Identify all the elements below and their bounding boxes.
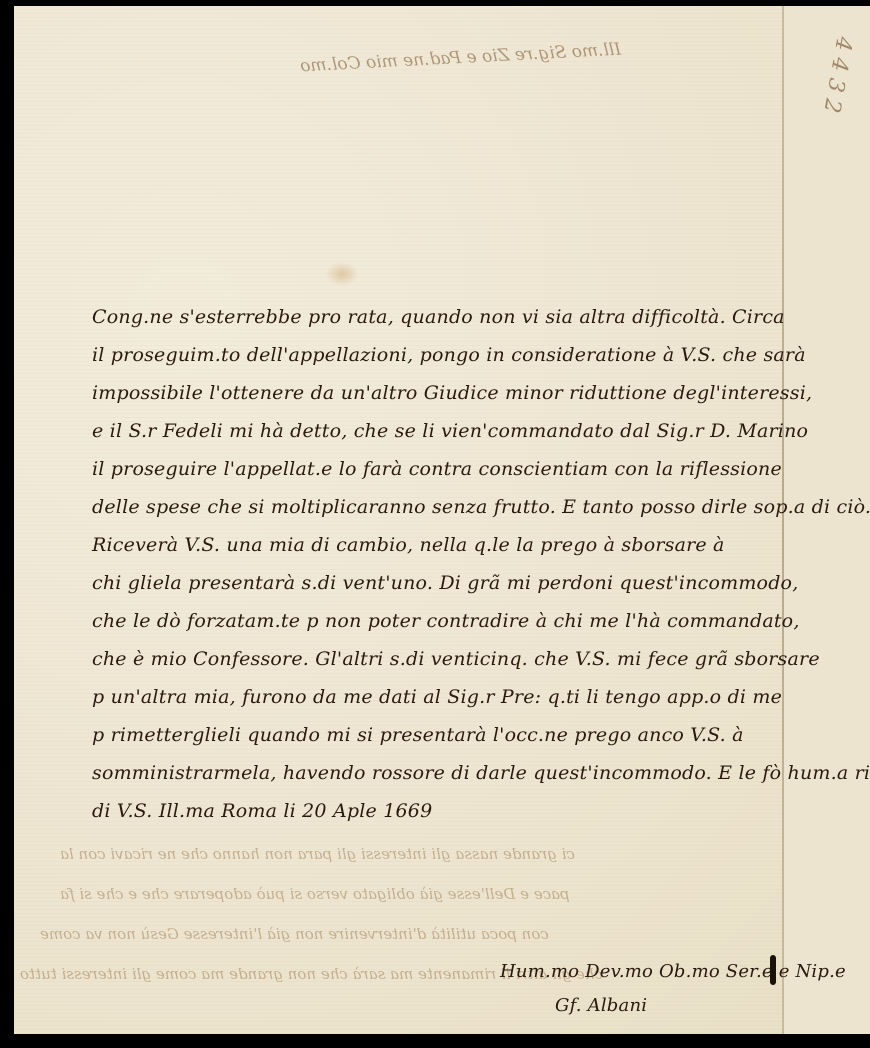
letter-line: Riceverà V.S. una mia di cambio, nella q…: [92, 526, 772, 564]
ink-mark: [770, 955, 776, 985]
letter-line: delle spese che si moltiplicaranno senza…: [92, 488, 772, 526]
letter-line: somministrarmela, havendo rossore di dar…: [92, 754, 772, 792]
closing-salutation: Hum.mo Dev.mo Ob.mo Ser.e e Nip.e: [500, 955, 846, 989]
letter-line: che le dò forzatam.te p non poter contra…: [92, 602, 772, 640]
letter-line: p rimetterglieli quando mi si presentarà…: [92, 716, 772, 754]
signature: Gf. Albani: [555, 989, 846, 1023]
paper-stain: [325, 262, 359, 286]
folded-right-panel: [784, 6, 870, 1034]
letter-line: il proseguim.to dell'appellazioni, pongo…: [92, 336, 772, 374]
letter-line: impossibile l'ottenere da un'altro Giudi…: [92, 374, 772, 412]
letter-line: il proseguire l'appellat.e lo farà contr…: [92, 450, 772, 488]
letter-line: p un'altra mia, furono da me dati al Sig…: [92, 678, 772, 716]
letter-line: che è mio Confessore. Gl'altri s.di vent…: [92, 640, 772, 678]
paper-fold-line: [782, 6, 784, 1034]
letter-line: e il S.r Fedeli mi hà detto, che se li v…: [92, 412, 772, 450]
letter-line: Cong.ne s'esterrebbe pro rata, quando no…: [92, 298, 772, 336]
bleedthrough-line: con poca utilità d'intervenire non già l…: [40, 925, 549, 943]
bleedthrough-line: ci grande nassa gli interessi gli para n…: [60, 845, 575, 863]
letter-dateline: di V.S. Ill.ma Roma li 20 Aple 1669: [92, 792, 772, 830]
letter-body: Cong.ne s'esterrebbe pro rata, quando no…: [92, 298, 772, 830]
bleedthrough-line: pace e Dell'esse già obligato verso si p…: [60, 885, 570, 903]
letter-closing: Hum.mo Dev.mo Ob.mo Ser.e e Nip.e Gf. Al…: [500, 955, 846, 1023]
letter-line: chi gliela presentarà s.di vent'uno. Di …: [92, 564, 772, 602]
